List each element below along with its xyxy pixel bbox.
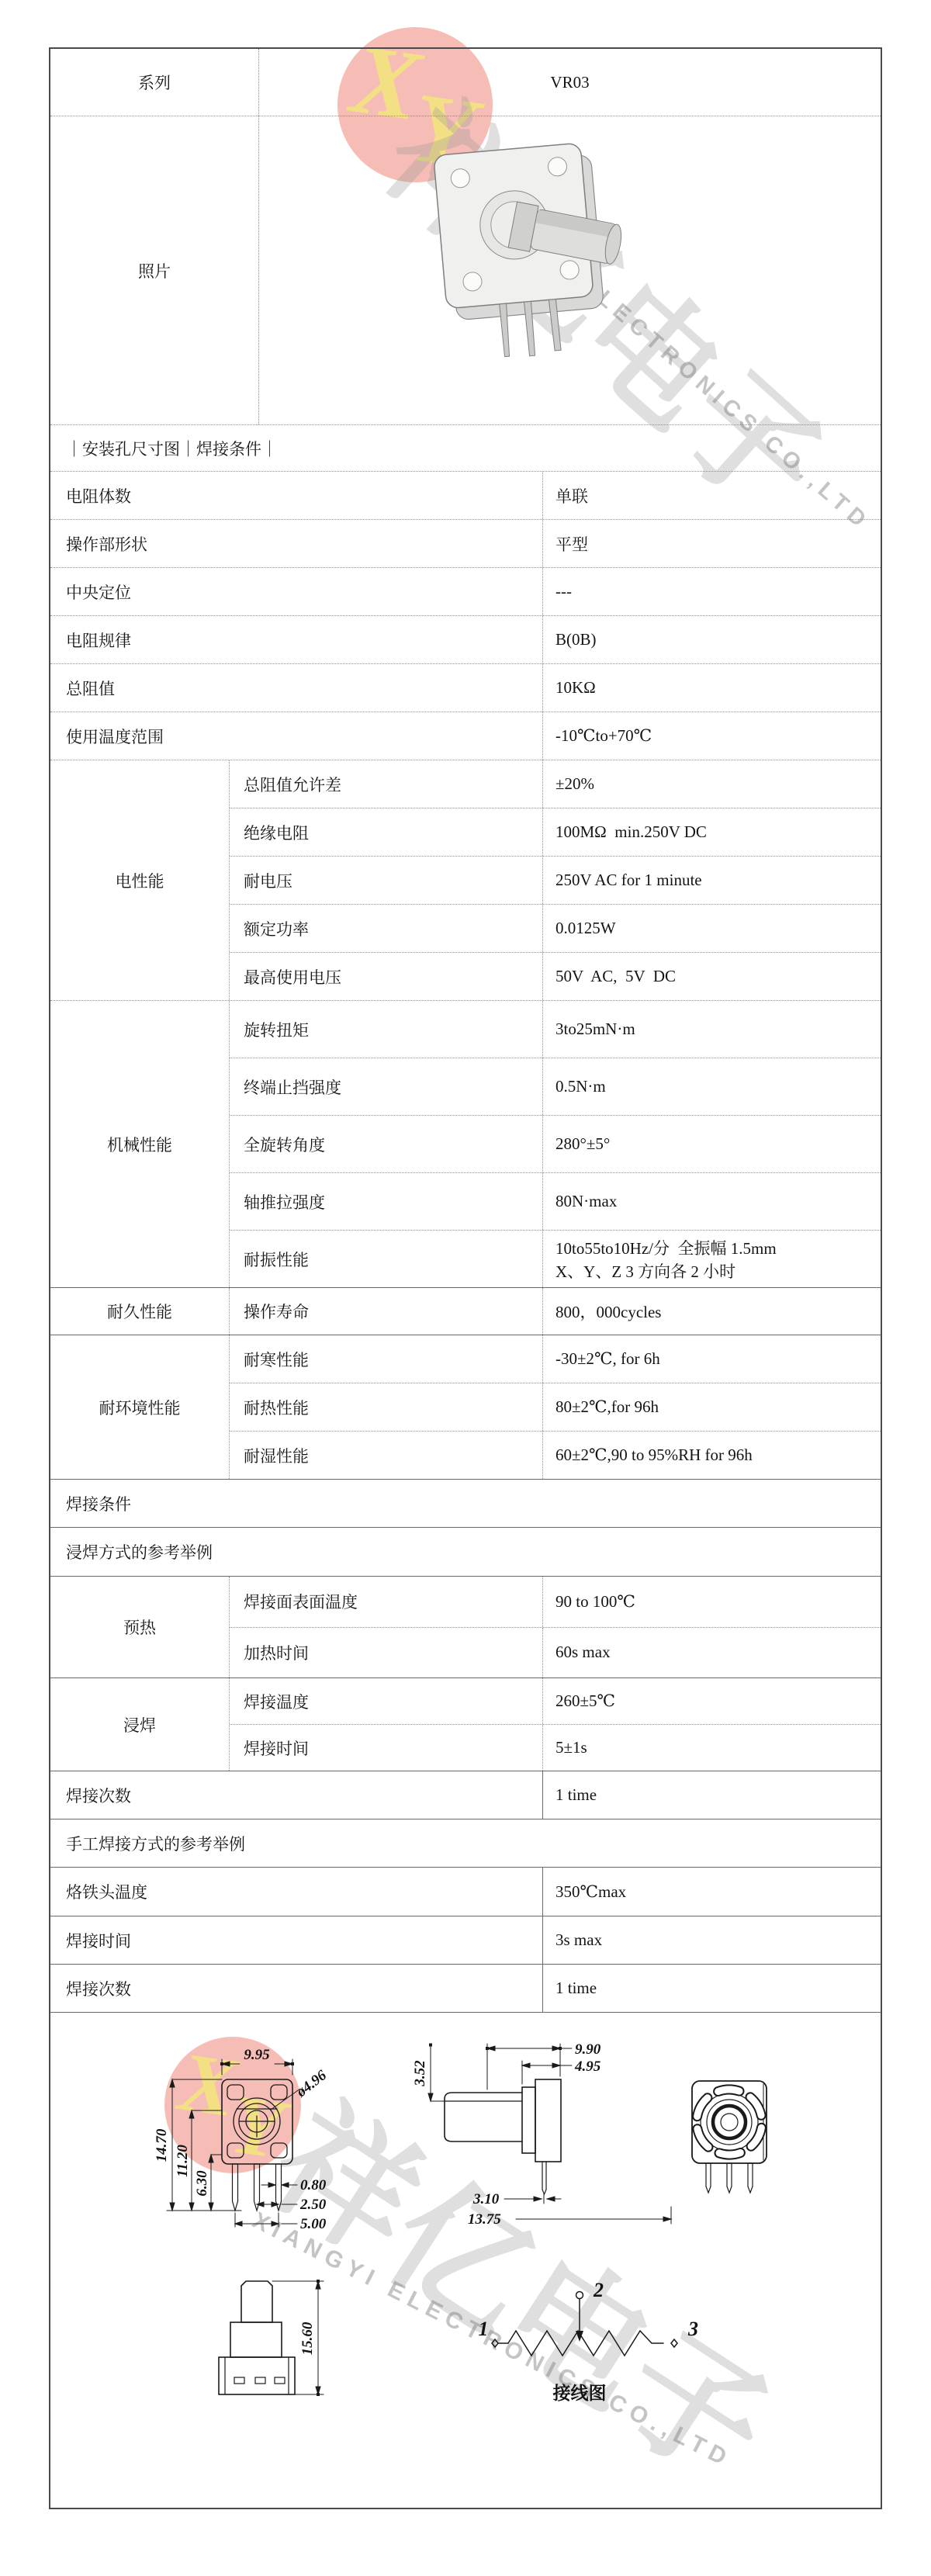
product-photo — [422, 126, 686, 383]
group-label: 机械性能 — [50, 1001, 230, 1287]
datasheet-page: X Y 祥亿电子 XIANGYI ELECTRONICS CO.,LTD X Y… — [0, 0, 931, 2576]
sub-value: 5±1s — [543, 1725, 881, 1771]
sub-value: 60s max — [543, 1628, 881, 1678]
dim-front-h1: 14.70 — [154, 2128, 170, 2162]
technical-drawings: 9.95 14.70 11.20 6.30 0.80 2.50 5.00 ø4.… — [50, 2013, 881, 2508]
sub-label: 终端止挡强度 — [230, 1058, 543, 1115]
sub-row: 焊接温度 260±5℃ — [230, 1678, 881, 1724]
sub-label: 全旋转角度 — [230, 1116, 543, 1172]
sub-row: 耐热性能 80±2℃,for 96h — [230, 1383, 881, 1431]
group-label: 耐环境性能 — [50, 1335, 230, 1479]
row-label: 电阻体数 — [50, 472, 543, 519]
table-row: 电阻体数 单联 — [50, 471, 881, 519]
row-value: 单联 — [543, 472, 881, 519]
sub-label: 绝缘电阻 — [230, 808, 543, 856]
row-label: 焊接次数 — [50, 1771, 543, 1819]
sub-row: 焊接面表面温度 90 to 100℃ — [230, 1577, 881, 1627]
table-row-group: 浸焊 焊接温度 260±5℃ 焊接时间 5±1s — [50, 1678, 881, 1771]
table-row: 焊接次数 1 time — [50, 1771, 881, 1819]
sub-row: 轴推拉强度 80N·max — [230, 1172, 881, 1230]
row-label: 烙铁头温度 — [50, 1868, 543, 1916]
dim-side-t1: 9.90 — [575, 2041, 601, 2058]
schematic-terminal-1: 1 — [479, 2318, 489, 2340]
table-row: 电阻规律 B(0B) — [50, 615, 881, 663]
table-row-group: 耐环境性能 耐寒性能 -30±2℃, for 6h 耐热性能 80±2℃,for… — [50, 1335, 881, 1479]
dim-front-h2: 11.20 — [175, 2145, 191, 2177]
table-row: 照片 — [50, 116, 881, 424]
group-label: 电性能 — [50, 760, 230, 1000]
sub-value: -30±2℃, for 6h — [543, 1335, 881, 1383]
dim-front-p3: 5.00 — [300, 2216, 327, 2232]
sub-value: 10to55to10Hz/分 全振幅 1.5mm X、Y、Z 3 方向各 2 小… — [543, 1231, 881, 1287]
dim-front-width: 9.95 — [244, 2047, 270, 2063]
table-row: 焊接次数 1 time — [50, 1964, 881, 2012]
dim-side-t2: 4.95 — [574, 2058, 601, 2075]
dim-side-b2: 13.75 — [468, 2211, 501, 2228]
table-row: 焊接时间 3s max — [50, 1916, 881, 1964]
sub-value: 80±2℃,for 96h — [543, 1383, 881, 1431]
section-title: 浸焊方式的参考举例 — [50, 1528, 881, 1576]
table-row: 手工焊接方式的参考举例 — [50, 1819, 881, 1867]
sub-label: 焊接温度 — [230, 1678, 543, 1724]
sub-value: 0.0125W — [543, 905, 881, 952]
row-value: 10KΩ — [543, 664, 881, 712]
sub-row: 耐湿性能 60±2℃,90 to 95%RH for 96h — [230, 1431, 881, 1479]
table-row: 中央定位 --- — [50, 567, 881, 615]
table-row: 浸焊方式的参考举例 — [50, 1527, 881, 1576]
sub-value: 100MΩ min.250V DC — [543, 808, 881, 856]
sub-label: 耐湿性能 — [230, 1432, 543, 1479]
sub-label: 操作寿命 — [230, 1288, 543, 1335]
sub-row: 额定功率 0.0125W — [230, 904, 881, 952]
dimension-drawing: 9.95 14.70 11.20 6.30 0.80 2.50 5.00 ø4.… — [50, 2013, 881, 2507]
section-title: 焊接条件 — [50, 1480, 881, 1527]
sub-label: 轴推拉强度 — [230, 1173, 543, 1230]
sub-label: 加热时间 — [230, 1628, 543, 1678]
section-title: ｜安装孔尺寸图｜焊接条件｜ — [50, 425, 881, 471]
sub-value: 90 to 100℃ — [543, 1577, 881, 1627]
sub-value: 80N·max — [543, 1173, 881, 1230]
row-label: 中央定位 — [50, 568, 543, 615]
spec-table: 系列 VR03 照片 — [49, 47, 882, 2509]
group-label: 预热 — [50, 1577, 230, 1678]
row-label: 照片 — [50, 116, 259, 424]
row-value: 3s max — [543, 1916, 881, 1964]
sub-value: 800，000cycles — [543, 1288, 881, 1335]
row-label: 焊接次数 — [50, 1965, 543, 2012]
dim-side-left: 3.52 — [412, 2060, 428, 2087]
sub-label: 额定功率 — [230, 905, 543, 952]
dim-front-h3: 6.30 — [194, 2170, 210, 2197]
product-photo-cell — [259, 116, 881, 424]
dim-front-p2: 2.50 — [299, 2197, 327, 2213]
row-value: 1 time — [543, 1965, 881, 2012]
row-value: -10℃to+70℃ — [543, 712, 881, 760]
row-label: 操作部形状 — [50, 520, 543, 567]
sub-label: 焊接时间 — [230, 1725, 543, 1771]
dim-front-diameter: ø4.96 — [293, 2067, 331, 2101]
sub-row: 耐寒性能 -30±2℃, for 6h — [230, 1335, 881, 1383]
sub-row: 耐电压 250V AC for 1 minute — [230, 856, 881, 904]
row-label: 使用温度范围 — [50, 712, 543, 760]
row-value: --- — [543, 568, 881, 615]
sub-row: 操作寿命 800，000cycles — [230, 1288, 881, 1335]
table-row: 使用温度范围 -10℃to+70℃ — [50, 712, 881, 760]
table-row-group: 预热 焊接面表面温度 90 to 100℃ 加热时间 60s max — [50, 1576, 881, 1678]
row-label: 总阻值 — [50, 664, 543, 712]
table-row-group: 电性能 总阻值允许差 ±20% 绝缘电阻 100MΩ min.250V DC 耐… — [50, 760, 881, 1000]
sub-label: 最高使用电压 — [230, 953, 543, 1000]
sub-label: 总阻值允许差 — [230, 760, 543, 808]
table-row-group: 机械性能 旋转扭矩 3to25mN·m 终端止挡强度 0.5N·m 全旋转角度 … — [50, 1000, 881, 1287]
row-value: 平型 — [543, 520, 881, 567]
dim-side-b1: 3.10 — [472, 2191, 500, 2207]
table-row: 系列 VR03 — [50, 49, 881, 116]
table-row: 焊接条件 — [50, 1479, 881, 1527]
sub-value: 280°±5° — [543, 1116, 881, 1172]
group-label: 浸焊 — [50, 1678, 230, 1771]
sub-row: 终端止挡强度 0.5N·m — [230, 1058, 881, 1115]
dim-elevation-height: 15.60 — [299, 2322, 316, 2355]
table-row-group: 耐久性能 操作寿命 800，000cycles — [50, 1287, 881, 1335]
series-value: VR03 — [259, 49, 881, 116]
sub-row: 耐振性能 10to55to10Hz/分 全振幅 1.5mm X、Y、Z 3 方向… — [230, 1230, 881, 1287]
sub-row: 绝缘电阻 100MΩ min.250V DC — [230, 808, 881, 856]
schematic-terminal-3: 3 — [687, 2318, 698, 2340]
row-label: 电阻规律 — [50, 616, 543, 663]
sub-value: 250V AC for 1 minute — [543, 857, 881, 904]
row-label: 系列 — [50, 49, 259, 116]
row-label: 焊接时间 — [50, 1916, 543, 1964]
sub-label: 旋转扭矩 — [230, 1001, 543, 1058]
table-row-drawings: 9.95 14.70 11.20 6.30 0.80 2.50 5.00 ø4.… — [50, 2012, 881, 2508]
sub-value: ±20% — [543, 760, 881, 808]
row-value: B(0B) — [543, 616, 881, 663]
table-row: 烙铁头温度 350℃max — [50, 1867, 881, 1916]
sub-value: 60±2℃,90 to 95%RH for 96h — [543, 1432, 881, 1479]
sub-label: 焊接面表面温度 — [230, 1577, 543, 1627]
schematic-terminal-2: 2 — [593, 2279, 604, 2301]
sub-label: 耐热性能 — [230, 1383, 543, 1431]
sub-label: 耐寒性能 — [230, 1335, 543, 1383]
sub-label: 耐电压 — [230, 857, 543, 904]
sub-value: 50V AC, 5V DC — [543, 953, 881, 1000]
sub-label: 耐振性能 — [230, 1231, 543, 1287]
table-row: 总阻值 10KΩ — [50, 663, 881, 712]
sub-value: 3to25mN·m — [543, 1001, 881, 1058]
sub-value: 260±5℃ — [543, 1678, 881, 1724]
sub-value: 0.5N·m — [543, 1058, 881, 1115]
table-row: 操作部形状 平型 — [50, 519, 881, 567]
sub-row: 总阻值允许差 ±20% — [230, 760, 881, 808]
sub-row: 最高使用电压 50V AC, 5V DC — [230, 952, 881, 1000]
schematic-caption: 接线图 — [552, 2384, 607, 2403]
group-label: 耐久性能 — [50, 1288, 230, 1335]
sub-row: 全旋转角度 280°±5° — [230, 1115, 881, 1172]
sub-row: 加热时间 60s max — [230, 1627, 881, 1678]
table-row: ｜安装孔尺寸图｜焊接条件｜ — [50, 424, 881, 471]
sub-row: 焊接时间 5±1s — [230, 1724, 881, 1771]
row-value: 1 time — [543, 1771, 881, 1819]
sub-row: 旋转扭矩 3to25mN·m — [230, 1001, 881, 1058]
dim-front-p1: 0.80 — [300, 2177, 327, 2193]
row-value: 350℃max — [543, 1868, 881, 1916]
section-title: 手工焊接方式的参考举例 — [50, 1819, 881, 1867]
